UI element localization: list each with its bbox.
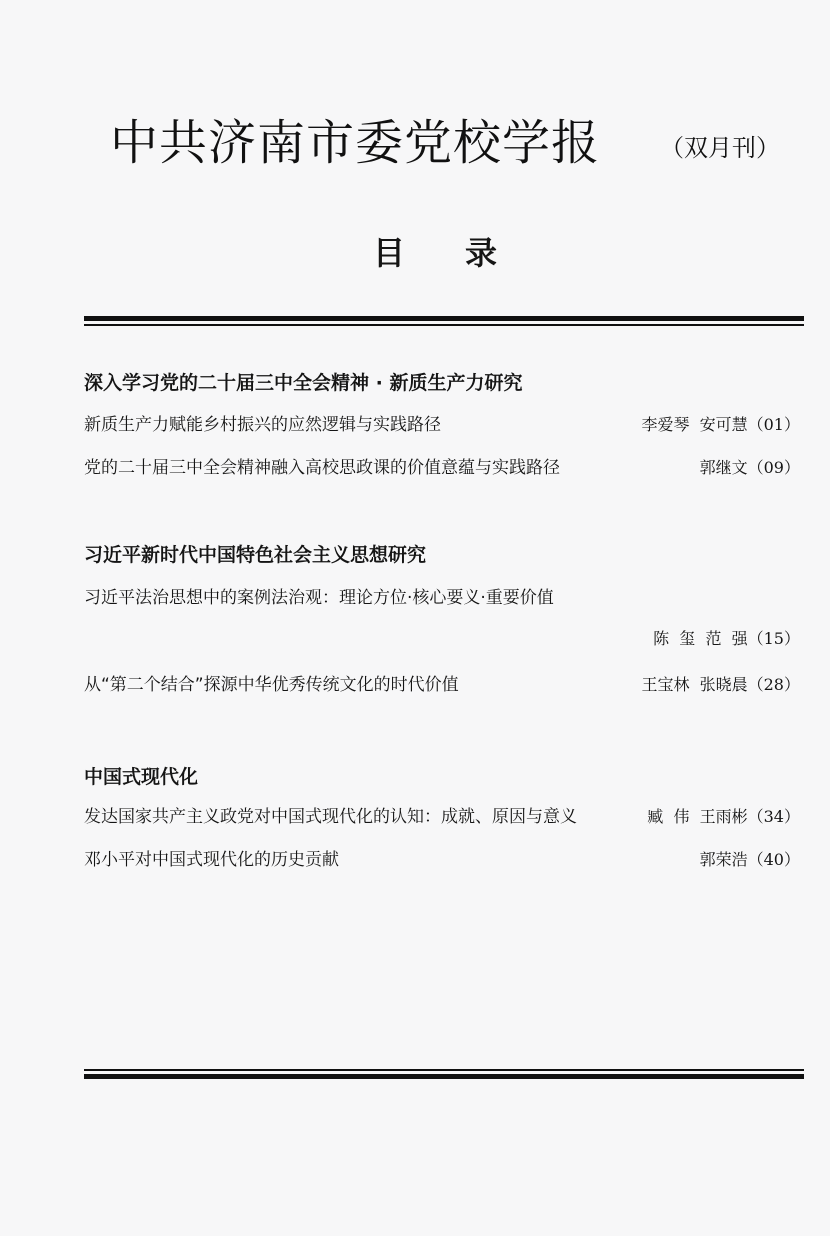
article-page: （28） (748, 675, 800, 694)
article-page: （09） (748, 458, 800, 477)
article-title: 新质生产力赋能乡村振兴的应然逻辑与实践路径 (84, 410, 441, 435)
article-meta: 郭继文（09） (700, 455, 800, 478)
article-authors: 王宝林 张晓晨 (641, 675, 747, 694)
article-entry[interactable]: 发达国家共产主义政党对中国式现代化的认知：成就、原因与意义 臧 伟 王雨彬（34… (84, 802, 800, 827)
article-meta: 臧 伟 王雨彬（34） (647, 804, 800, 827)
article-authors: 李爱琴 安可慧 (641, 415, 747, 434)
article-authors: 臧 伟 王雨彬 (647, 807, 747, 826)
journal-title: 中共济南市委党校学报 (110, 104, 600, 173)
article-meta: 陈 玺 范 强（15） (653, 626, 800, 649)
article-meta: 王宝林 张晓晨（28） (641, 672, 800, 695)
section-title: 中国式现代化 (84, 762, 198, 789)
article-meta: 李爱琴 安可慧（01） (641, 412, 800, 435)
article-title: 党的二十届三中全会精神融入高校思政课的价值意蕴与实践路径 (84, 453, 560, 478)
article-entry[interactable]: 党的二十届三中全会精神融入高校思政课的价值意蕴与实践路径 郭继文（09） (84, 453, 800, 478)
article-authors: 郭继文 (700, 458, 748, 477)
article-title: 习近平法治思想中的案例法治观：理论方位·核心要义·重要价值 (84, 583, 554, 608)
top-divider (84, 316, 804, 326)
article-title: 邓小平对中国式现代化的历史贡献 (84, 845, 339, 870)
article-page: （01） (748, 415, 800, 434)
section-title: 深入学习党的二十届三中全会精神 · 新质生产力研究 (84, 368, 522, 395)
bottom-divider (84, 1069, 804, 1079)
article-entry[interactable]: 从“第二个结合”探源中华优秀传统文化的时代价值 王宝林 张晓晨（28） (84, 670, 800, 695)
article-page: （34） (748, 807, 800, 826)
article-entry[interactable]: 习近平法治思想中的案例法治观：理论方位·核心要义·重要价值 (84, 583, 800, 608)
article-title: 从“第二个结合”探源中华优秀传统文化的时代价值 (84, 670, 459, 695)
journal-frequency: （双月刊） (660, 128, 780, 163)
article-title: 发达国家共产主义政党对中国式现代化的认知：成就、原因与意义 (84, 802, 577, 827)
article-entry[interactable]: 邓小平对中国式现代化的历史贡献 郭荣浩（40） (84, 845, 800, 870)
article-page: （40） (748, 850, 800, 869)
article-page: （15） (748, 629, 800, 648)
article-entry[interactable]: 新质生产力赋能乡村振兴的应然逻辑与实践路径 李爱琴 安可慧（01） (84, 410, 800, 435)
article-meta: 郭荣浩（40） (700, 847, 800, 870)
article-authors: 郭荣浩 (700, 850, 748, 869)
toc-heading: 目录 (373, 228, 557, 274)
section-title: 习近平新时代中国特色社会主义思想研究 (84, 540, 426, 567)
toc-page: 中共济南市委党校学报 （双月刊） 目录 深入学习党的二十届三中全会精神 · 新质… (0, 0, 830, 1236)
article-authors: 陈 玺 范 强 (653, 629, 748, 648)
